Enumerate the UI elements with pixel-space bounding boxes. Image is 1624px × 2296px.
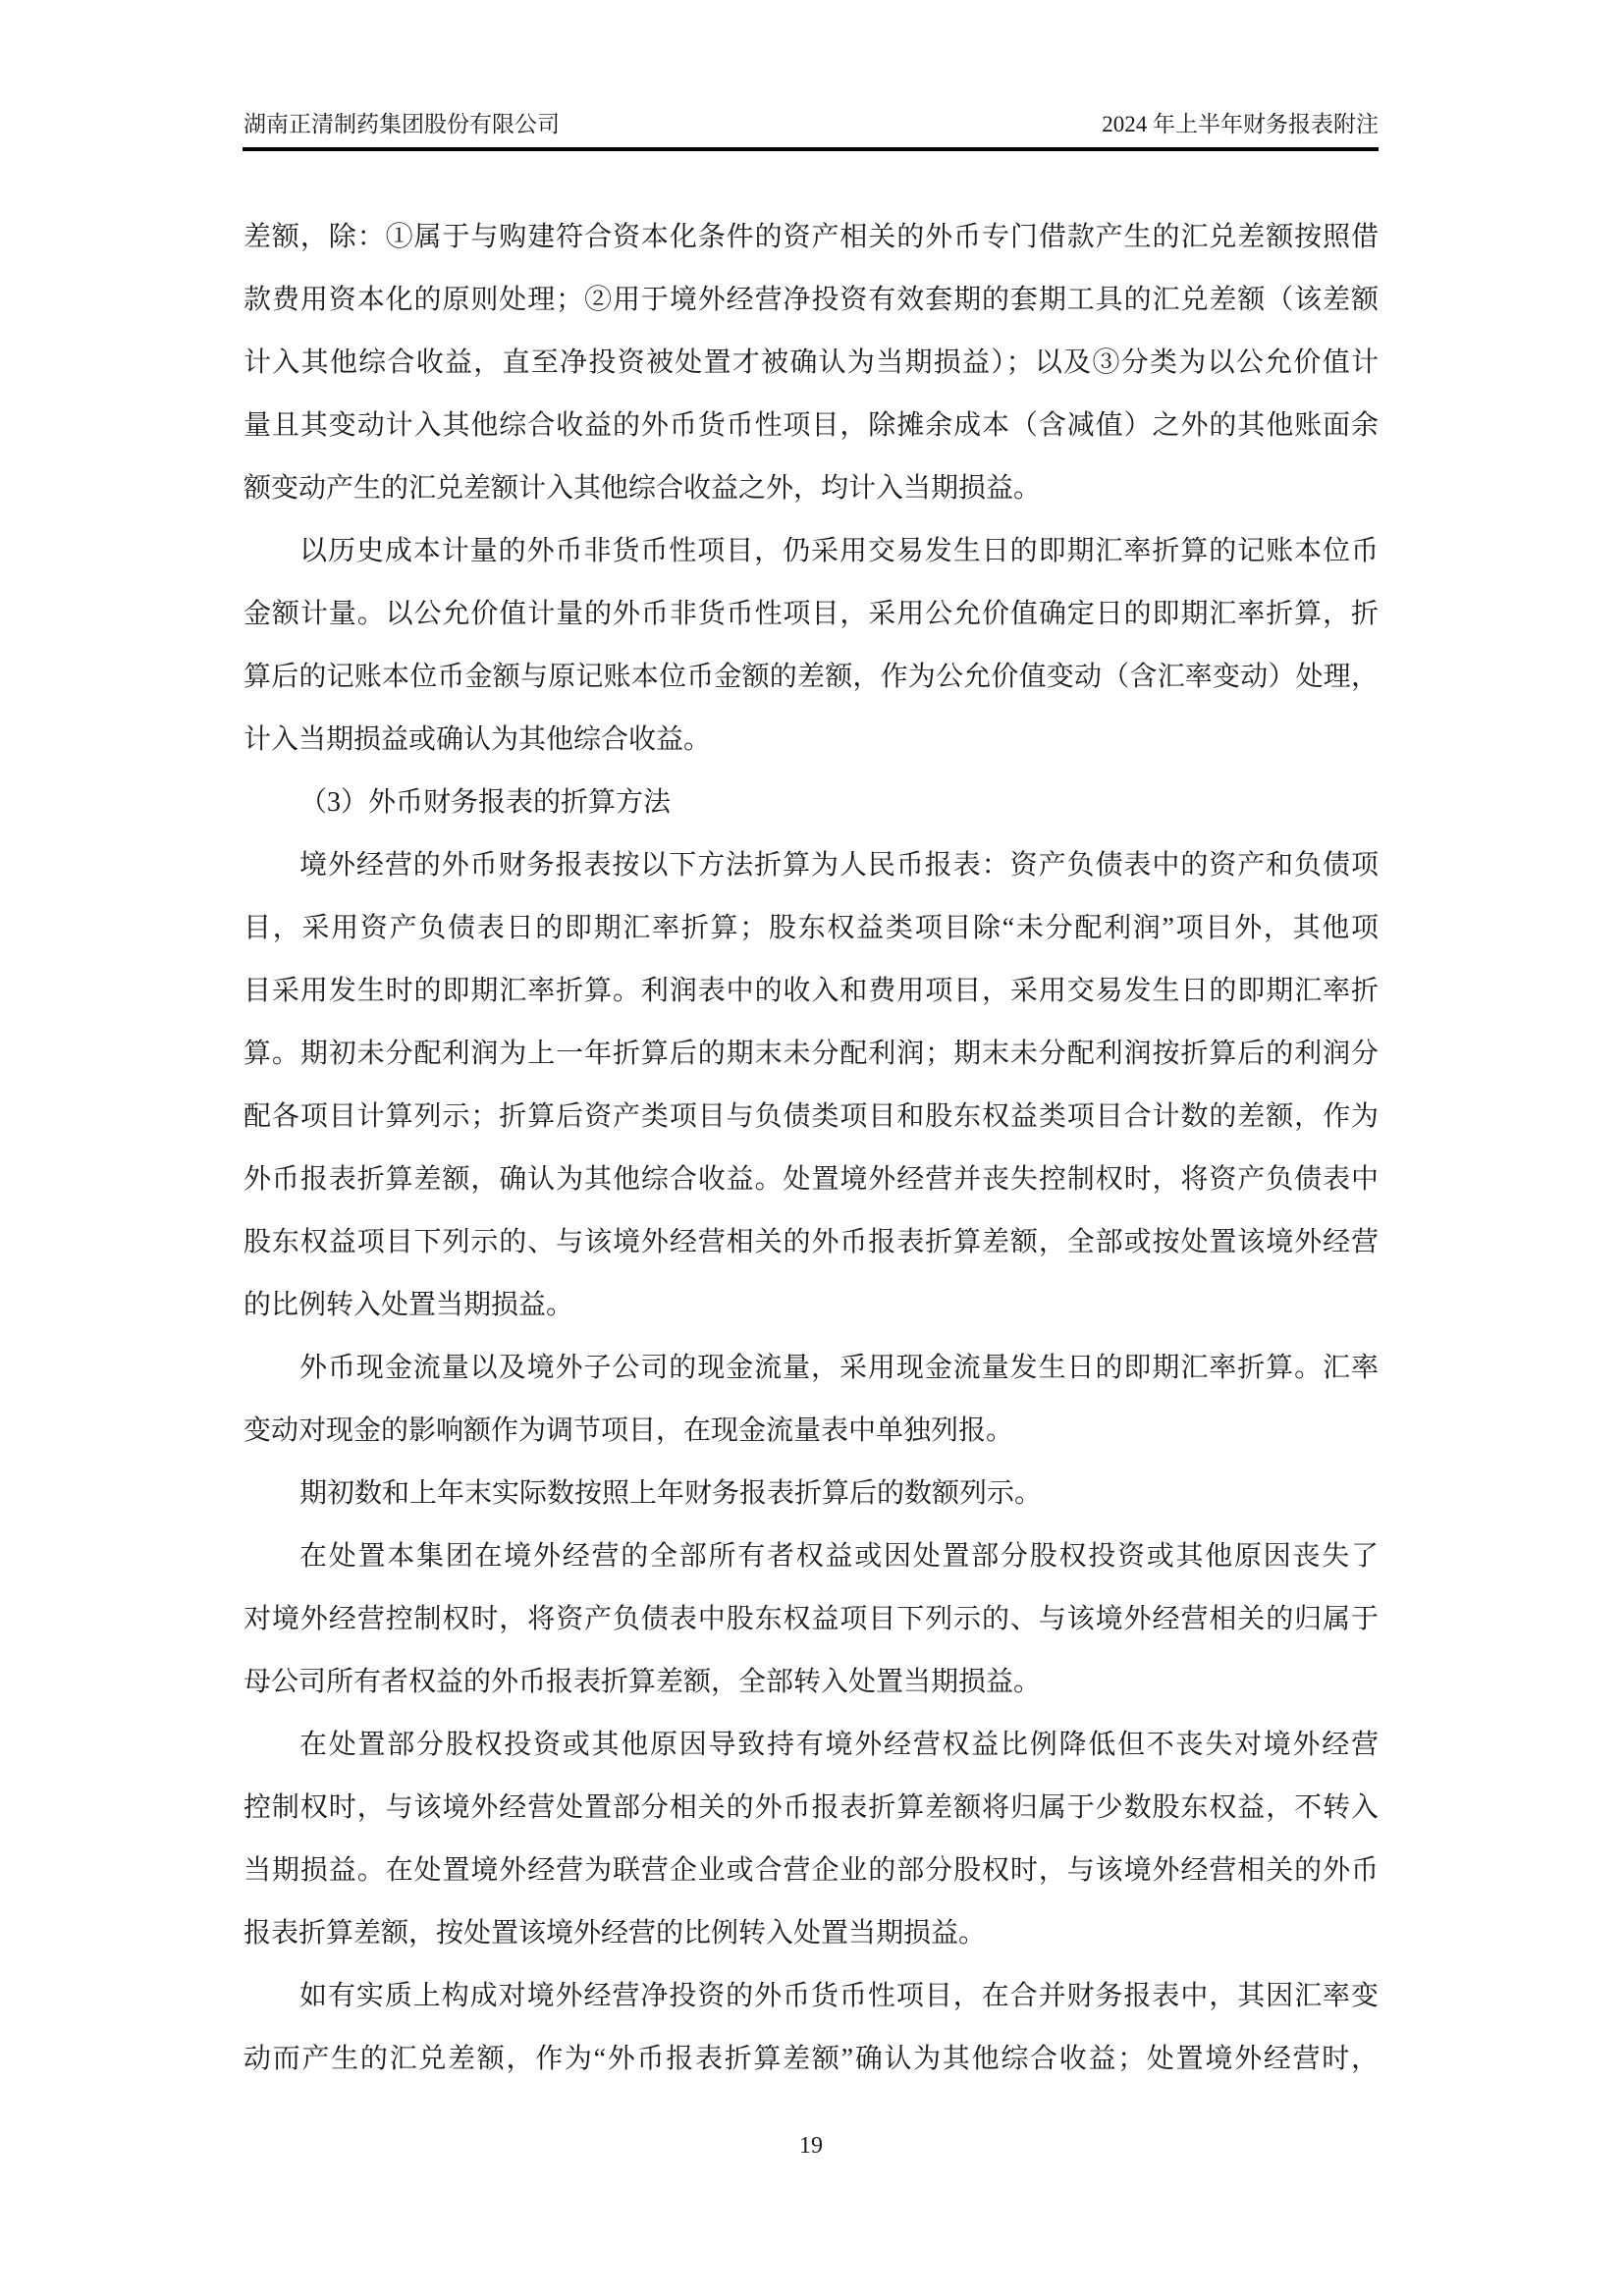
paragraph: 外币现金流量以及境外子公司的现金流量，采用现金流量发生日的即期汇率折算。汇率变动… [244,1337,1379,1463]
paragraph: 以历史成本计量的外币非货币性项目，仍采用交易发生日的即期汇率折算的记账本位币金额… [244,520,1379,772]
text-line: 的比例转入处置当期损益。 [244,1274,1379,1337]
text-line: 外币报表折算差额，确认为其他综合收益。处置境外经营并丧失控制权时，将资产负债表中 [244,1148,1379,1211]
text-line: 量且其变动计入其他综合收益的外币货币性项目，除摊余成本（含减值）之外的其他账面余 [244,395,1379,457]
text-line: 如有实质上构成对境外经营净投资的外币货币性项目，在合并财务报表中，其因汇率变 [244,1965,1379,2028]
text-line: 股东权益项目下列示的、与该境外经营相关的外币报表折算差额，全部或按处置该境外经营 [244,1211,1379,1274]
header-rule [243,147,1379,151]
text-line: 额变动产生的汇兑差额计入其他综合收益之外，均计入当期损益。 [244,457,1379,520]
text-line: 款费用资本化的原则处理；②用于境外经营净投资有效套期的套期工具的汇兑差额（该差额 [244,269,1379,332]
header-doc-title: 2024 年上半年财务报表附注 [1102,110,1379,139]
document-page: 湖南正清制药集团股份有限公司 2024 年上半年财务报表附注 差额，除：①属于与… [0,0,1624,2296]
text-line: 动而产生的汇兑差额，作为“外币报表折算差额”确认为其他综合收益；处置境外经营时， [244,2028,1379,2091]
text-line: 算。期初未分配利润为上一年折算后的期末未分配利润；期末未分配利润按折算后的利润分 [244,1023,1379,1086]
section-heading: （3）外币财务报表的折算方法 [244,772,1379,834]
text-line: 当期损益。在处置境外经营为联营企业或合营企业的部分股权时，与该境外经营相关的外币 [244,1840,1379,1902]
text-line: 对境外经营控制权时，将资产负债表中股东权益项目下列示的、与该境外经营相关的归属于 [244,1588,1379,1651]
header-company-name: 湖南正清制药集团股份有限公司 [244,110,560,139]
document-body: 差额，除：①属于与购建符合资本化条件的资产相关的外币专门借款产生的汇兑差额按照借… [244,206,1379,2091]
text-line: 目采用发生时的即期汇率折算。利润表中的收入和费用项目，采用交易发生日的即期汇率折 [244,960,1379,1023]
text-line: 境外经营的外币财务报表按以下方法折算为人民币报表：资产负债表中的资产和负债项 [244,834,1379,897]
text-line: 目，采用资产负债表日的即期汇率折算；股东权益类项目除“未分配利润”项目外，其他项 [244,897,1379,960]
text-line: 计入其他综合收益，直至净投资被处置才被确认为当期损益）；以及③分类为以公允价值计 [244,332,1379,395]
text-line: 在处置本集团在境外经营的全部所有者权益或因处置部分股权投资或其他原因丧失了 [244,1525,1379,1588]
text-line: 算后的记账本位币金额与原记账本位币金额的差额，作为公允价值变动（含汇率变动）处理… [244,646,1379,709]
text-line: 差额，除：①属于与购建符合资本化条件的资产相关的外币专门借款产生的汇兑差额按照借 [244,206,1379,269]
text-line: 配各项目计算列示；折算后资产类项目与负债类项目和股东权益类项目合计数的差额，作为 [244,1086,1379,1148]
section-heading-text: （3）外币财务报表的折算方法 [244,772,1379,834]
paragraph: 如有实质上构成对境外经营净投资的外币货币性项目，在合并财务报表中，其因汇率变动而… [244,1965,1379,2091]
text-line: 以历史成本计量的外币非货币性项目，仍采用交易发生日的即期汇率折算的记账本位币 [244,520,1379,583]
text-line: 变动对现金的影响额作为调节项目，在现金流量表中单独列报。 [244,1400,1379,1463]
page-number: 19 [799,2133,823,2159]
text-line: 母公司所有者权益的外币报表折算差额，全部转入处置当期损益。 [244,1651,1379,1714]
page-header: 湖南正清制药集团股份有限公司 2024 年上半年财务报表附注 [244,110,1379,139]
paragraph: 在处置部分股权投资或其他原因导致持有境外经营权益比例降低但不丧失对境外经营控制权… [244,1714,1379,1965]
text-line: 金额计量。以公允价值计量的外币非货币性项目，采用公允价值确定日的即期汇率折算，折 [244,583,1379,646]
paragraph: 差额，除：①属于与购建符合资本化条件的资产相关的外币专门借款产生的汇兑差额按照借… [244,206,1379,520]
paragraph: 境外经营的外币财务报表按以下方法折算为人民币报表：资产负债表中的资产和负债项目，… [244,834,1379,1337]
text-line: 期初数和上年末实际数按照上年财务报表折算后的数额列示。 [244,1463,1379,1525]
paragraph: 在处置本集团在境外经营的全部所有者权益或因处置部分股权投资或其他原因丧失了对境外… [244,1525,1379,1714]
text-line: 在处置部分股权投资或其他原因导致持有境外经营权益比例降低但不丧失对境外经营 [244,1714,1379,1777]
text-line: 外币现金流量以及境外子公司的现金流量，采用现金流量发生日的即期汇率折算。汇率 [244,1337,1379,1400]
text-line: 报表折算差额，按处置该境外经营的比例转入处置当期损益。 [244,1902,1379,1965]
paragraph: 期初数和上年末实际数按照上年财务报表折算后的数额列示。 [244,1463,1379,1525]
text-line: 计入当期损益或确认为其他综合收益。 [244,709,1379,772]
page-footer: 19 [244,2132,1379,2160]
text-line: 控制权时，与该境外经营处置部分相关的外币报表折算差额将归属于少数股东权益，不转入 [244,1777,1379,1840]
